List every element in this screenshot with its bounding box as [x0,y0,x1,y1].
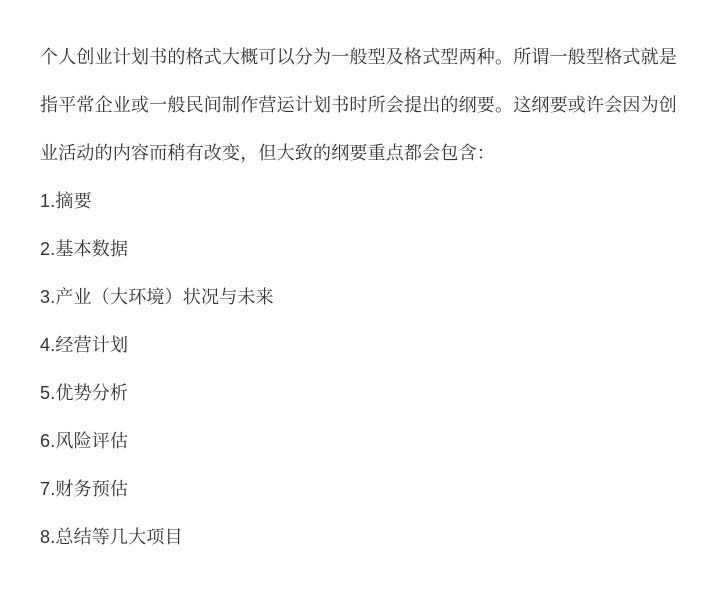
intro-paragraph: 个人创业计划书的格式大概可以分为一般型及格式型两种。所谓一般型格式就是 指平常企… [40,33,677,177]
paragraph-line-3: 业活动的内容而稍有改变，但大致的纲要重点都会包含： [40,129,677,177]
list-item-6: 6.风险评估 [40,417,677,465]
paragraph-line-1: 个人创业计划书的格式大概可以分为一般型及格式型两种。所谓一般型格式就是 [40,33,677,81]
list-item-2: 2.基本数据 [40,225,677,273]
list-item-1: 1.摘要 [40,177,677,225]
list-item-4: 4.经营计划 [40,321,677,369]
list-item-8: 8.总结等几大项目 [40,513,677,561]
paragraph-line-2: 指平常企业或一般民间制作营运计划书时所会提出的纲要。这纲要或许会因为创 [40,81,677,129]
list-item-5: 5.优势分析 [40,369,677,417]
outline-list: 1.摘要 2.基本数据 3.产业（大环境）状况与未来 4.经营计划 5.优势分析… [40,177,677,561]
document-page: 个人创业计划书的格式大概可以分为一般型及格式型两种。所谓一般型格式就是 指平常企… [0,0,715,561]
list-item-3: 3.产业（大环境）状况与未来 [40,273,677,321]
list-item-7: 7.财务预估 [40,465,677,513]
